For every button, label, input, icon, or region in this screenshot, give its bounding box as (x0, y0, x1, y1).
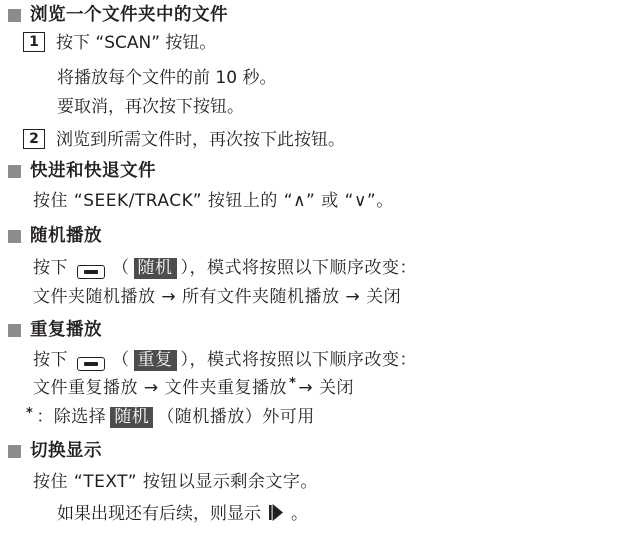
step-text: 按下 “SCAN” 按钮。 (56, 32, 216, 54)
section-bullet-icon (8, 9, 21, 22)
repeat-press-line: 按下（重复），模式将按照以下顺序改变： (33, 349, 417, 371)
bar-button-icon (77, 357, 105, 371)
footnote-star: * (289, 376, 296, 391)
section-heading-seek: 快进和快退文件 (8, 160, 156, 182)
section-heading-text: 快进和快退文件 (30, 160, 156, 182)
random-mode-badge: 随机 (110, 407, 153, 428)
step-number-box: 1 (23, 32, 45, 52)
repeat-mode-badge: 重复 (134, 350, 177, 371)
section-bullet-icon (8, 230, 21, 243)
bar-button-icon (77, 265, 105, 279)
section-heading-repeat: 重复播放 (8, 319, 102, 341)
section-heading-random: 随机播放 (8, 225, 102, 247)
next-indicator-play-icon (269, 504, 283, 527)
step-1: 1 按下 “SCAN” 按钮。 (23, 32, 216, 54)
open-paren: （ (112, 258, 130, 278)
step-2: 2 浏览到所需文件时，再次按下此按钮。 (23, 129, 345, 151)
manual-page: 浏览一个文件夹中的文件 1 按下 “SCAN” 按钮。 将播放每个文件的前 10… (0, 0, 621, 558)
step-1-detail: 要取消，再次按下按钮。 (57, 96, 244, 118)
random-sequence: 文件夹随机播放 → 所有文件夹随机播放 → 关闭 (33, 286, 401, 308)
random-press-before: 按下 (33, 258, 68, 278)
random-press-after: ），模式将按照以下顺序改变： (181, 258, 418, 278)
section-heading-display: 切换显示 (8, 440, 102, 462)
section-bullet-icon (8, 445, 21, 458)
repeat-footnote: *：除选择随机（随机播放）外可用 (26, 406, 315, 430)
section-heading-text: 切换显示 (30, 440, 102, 462)
random-mode-badge: 随机 (134, 258, 177, 279)
random-press-line: 按下（随机），模式将按照以下顺序改变： (33, 257, 417, 279)
step-number-box: 2 (23, 129, 45, 149)
section-heading-text: 重复播放 (30, 319, 102, 341)
open-paren: （ (112, 350, 130, 370)
footnote-star: * (26, 406, 33, 421)
step-text: 浏览到所需文件时，再次按下此按钮。 (56, 129, 345, 151)
section-heading-text: 随机播放 (30, 225, 102, 247)
seek-instruction: 按住 “SEEK/TRACK” 按钮上的 “∧” 或 “∨”。 (33, 190, 394, 212)
repeat-press-after: ），模式将按照以下顺序改变： (181, 350, 418, 370)
section-heading-browse: 浏览一个文件夹中的文件 (8, 4, 228, 26)
step-1-detail: 将播放每个文件的前 10 秒。 (57, 67, 276, 89)
section-heading-text: 浏览一个文件夹中的文件 (30, 4, 228, 26)
display-more-line: 如果出现还有后续，则显示。 (57, 503, 308, 527)
repeat-sequence: 文件重复播放 → 文件夹重复播放*→ 关闭 (33, 377, 354, 401)
section-bullet-icon (8, 165, 21, 178)
display-instruction: 按住 “TEXT” 按钮以显示剩余文字。 (33, 471, 318, 493)
section-bullet-icon (8, 324, 21, 337)
repeat-press-before: 按下 (33, 350, 68, 370)
